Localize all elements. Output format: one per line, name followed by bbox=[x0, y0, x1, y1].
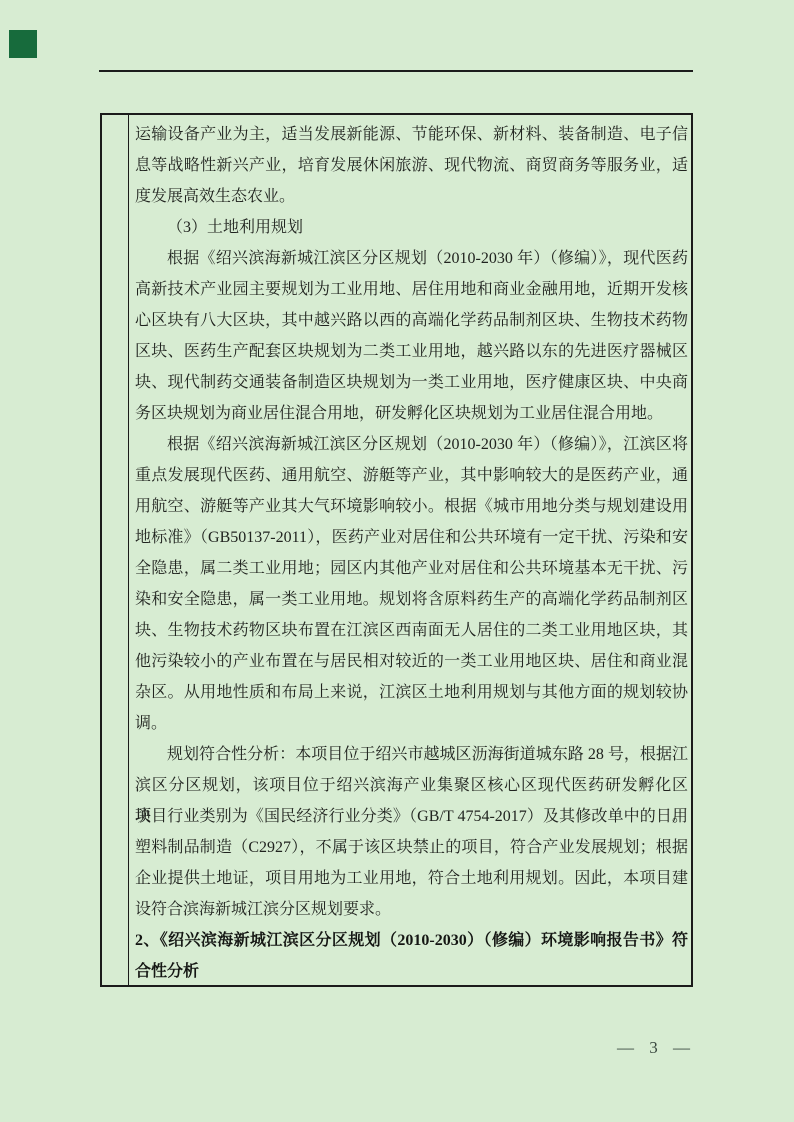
section-heading-line: 2、《绍兴滨海新城江滨区分区规划（2010-2030）（修编）环境影响报告书》符 bbox=[135, 925, 688, 956]
text-line: 心区块有八大区块，其中越兴路以西的高端化学药品制剂区块、生物技术药物 bbox=[135, 305, 688, 336]
document-page: { "colors": { "page_bg": "#d7ecd2", "acc… bbox=[0, 0, 794, 1122]
text-line: 规划符合性分析：本项目位于绍兴市越城区沥海街道城东路 28 号，根据江 bbox=[135, 739, 688, 770]
text-line: 调。 bbox=[135, 708, 688, 739]
text-line: 用航空、游艇等产业其大气环境影响较小。根据《城市用地分类与规划建设用 bbox=[135, 491, 688, 522]
table-text-cell: 运输设备产业为主，适当发展新能源、节能环保、新材料、装备制造、电子信息等战略性新… bbox=[129, 115, 691, 985]
text-line: 地标准》（GB50137-2011），医药产业对居住和公共环境有一定干扰、污染和… bbox=[135, 522, 688, 553]
text-line: 企业提供土地证，项目用地为工业用地，符合土地利用规划。因此，本项目建 bbox=[135, 863, 688, 894]
text-line: 塑料制品制造（C2927），不属于该区块禁止的项目，符合产业发展规划；根据 bbox=[135, 832, 688, 863]
text-line: （3）土地利用规划 bbox=[135, 212, 688, 243]
text-line: 滨区分区规划，该项目位于绍兴滨海产业集聚区核心区现代医药研发孵化区块。 bbox=[135, 770, 688, 801]
text-line: 设符合滨海新城江滨分区规划要求。 bbox=[135, 894, 688, 925]
text-line: 他污染较小的产业布置在与居民相对较近的一类工业用地区块、居住和商业混 bbox=[135, 646, 688, 677]
text-line: 度发展高效生态农业。 bbox=[135, 181, 688, 212]
header-rule bbox=[99, 70, 693, 72]
text-line: 区块、医药生产配套区块规划为二类工业用地，越兴路以东的先进医疗器械区 bbox=[135, 336, 688, 367]
text-line: 全隐患，属二类工业用地；园区内其他产业对居住和公共环境基本无干扰、污 bbox=[135, 553, 688, 584]
text-line: 运输设备产业为主，适当发展新能源、节能环保、新材料、装备制造、电子信 bbox=[135, 119, 688, 150]
text-line: 务区块规划为商业居住混合用地，研发孵化区块规划为工业居住混合用地。 bbox=[135, 398, 688, 429]
text-line: 重点发展现代医药、通用航空、游艇等产业，其中影响较大的是医药产业，通 bbox=[135, 460, 688, 491]
text-line: 项目行业类别为《国民经济行业分类》（GB/T 4754-2017）及其修改单中的… bbox=[135, 801, 688, 832]
content-table: 运输设备产业为主，适当发展新能源、节能环保、新材料、装备制造、电子信息等战略性新… bbox=[100, 113, 693, 987]
text-line: 根据《绍兴滨海新城江滨区分区规划（2010-2030 年）（修编）》，现代医药 bbox=[135, 243, 688, 274]
text-line: 息等战略性新兴产业，培育发展休闲旅游、现代物流、商贸商务等服务业，适 bbox=[135, 150, 688, 181]
text-line: 块、现代制药交通装备制造区块规划为一类工业用地，医疗健康区块、中央商 bbox=[135, 367, 688, 398]
text-line: 杂区。从用地性质和布局上来说，江滨区土地利用规划与其他方面的规划较协 bbox=[135, 677, 688, 708]
corner-accent-square bbox=[9, 30, 37, 58]
table-left-column bbox=[102, 115, 129, 985]
text-line: 根据《绍兴滨海新城江滨区分区规划（2010-2030 年）（修编）》，江滨区将 bbox=[135, 429, 688, 460]
text-line: 染和安全隐患，属一类工业用地。规划将含原料药生产的高端化学药品制剂区 bbox=[135, 584, 688, 615]
text-line: 块、生物技术药物区块布置在江滨区西南面无人居住的二类工业用地区块，其 bbox=[135, 615, 688, 646]
page-number: — 3 — bbox=[598, 1036, 710, 1060]
text-line: 高新技术产业园主要规划为工业用地、居住用地和商业金融用地，近期开发核 bbox=[135, 274, 688, 305]
section-heading-line: 合性分析 bbox=[135, 956, 688, 985]
